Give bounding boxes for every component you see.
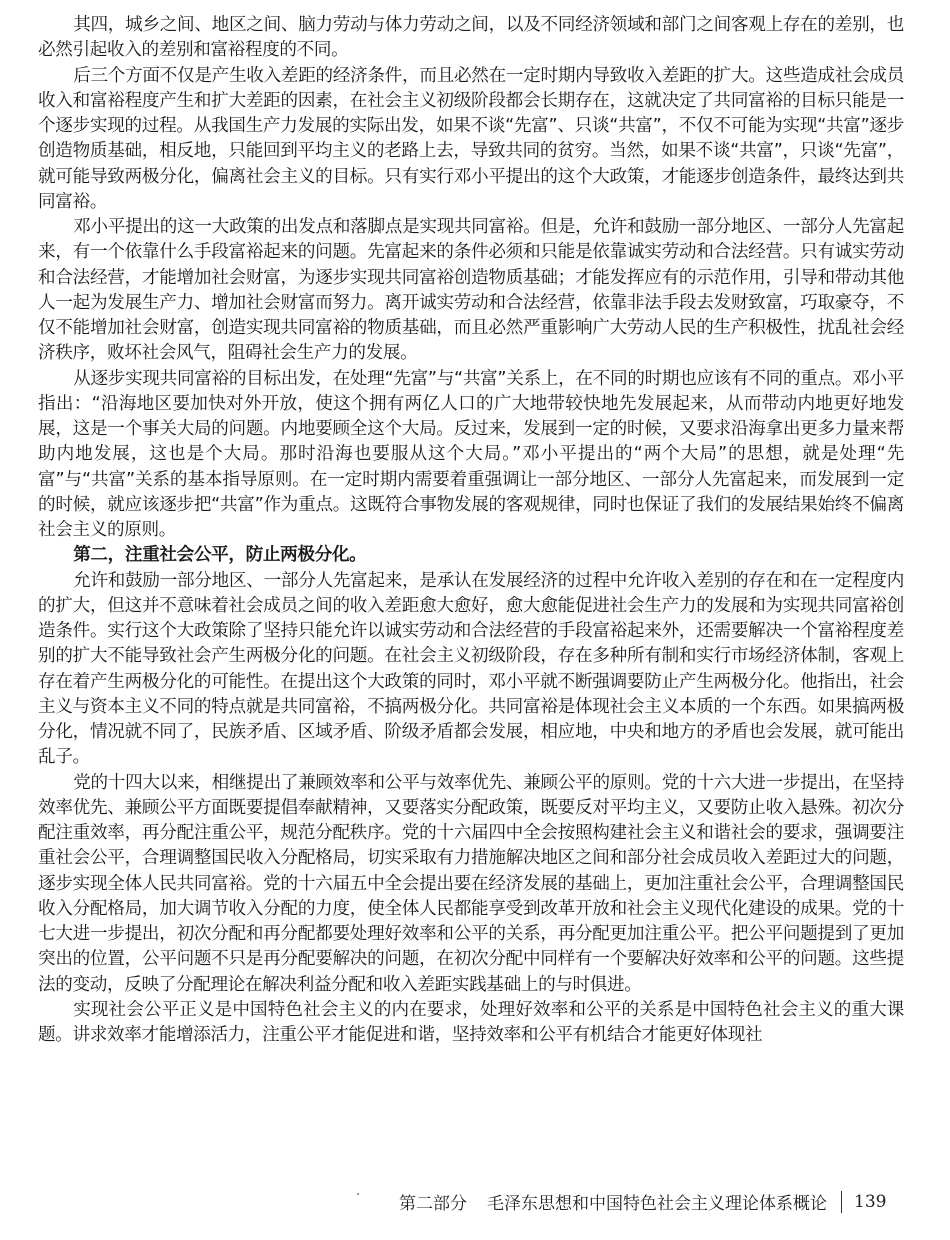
- paragraph-social-justice: 实现社会公平正义是中国特色社会主义的内在要求，处理好效率和公平的关系是中国特色社…: [38, 998, 904, 1049]
- paragraph-two-overall-situations: 从逐步实现共同富裕的目标出发，在处理“先富”与“共富”关系上，在不同的时期也应该…: [38, 367, 904, 544]
- paragraph-efficiency-fairness-history: 党的十四大以来，相继提出了兼顾效率和公平与效率优先、兼顾公平的原则。党的十六大进…: [38, 771, 904, 998]
- page-footer: 第二部分 毛泽东思想和中国特色社会主义理论体系概论 139: [399, 1189, 909, 1214]
- footer-part-label: 第二部分: [399, 1189, 467, 1214]
- paragraph-differences-fourth: 其四，城乡之间、地区之间、脑力劳动与体力劳动之间，以及不同经济领域和部门之间客观…: [38, 13, 904, 64]
- page-number: 139: [854, 1192, 886, 1212]
- paragraph-prevent-polarization: 允许和鼓励一部分地区、一部分人先富起来，是承认在发展经济的过程中允许收入差别的存…: [38, 569, 904, 771]
- paragraph-income-gap: 后三个方面不仅是产生收入差距的经济条件，而且必然在一定时期内导致收入差距的扩大。…: [38, 64, 904, 216]
- paragraph-honest-labor: 邓小平提出的这一大政策的出发点和落脚点是实现共同富裕。但是，允许和鼓励一部分地区…: [38, 215, 904, 367]
- footer-book-title: 毛泽东思想和中国特色社会主义理论体系概论: [487, 1189, 827, 1214]
- footer-divider: [841, 1191, 842, 1213]
- scan-speck: [357, 1193, 359, 1195]
- section-heading-social-fairness: 第二，注重社会公平，防止两极分化。: [38, 543, 904, 568]
- page-body: 其四，城乡之间、地区之间、脑力劳动与体力劳动之间，以及不同经济领域和部门之间客观…: [38, 13, 904, 1048]
